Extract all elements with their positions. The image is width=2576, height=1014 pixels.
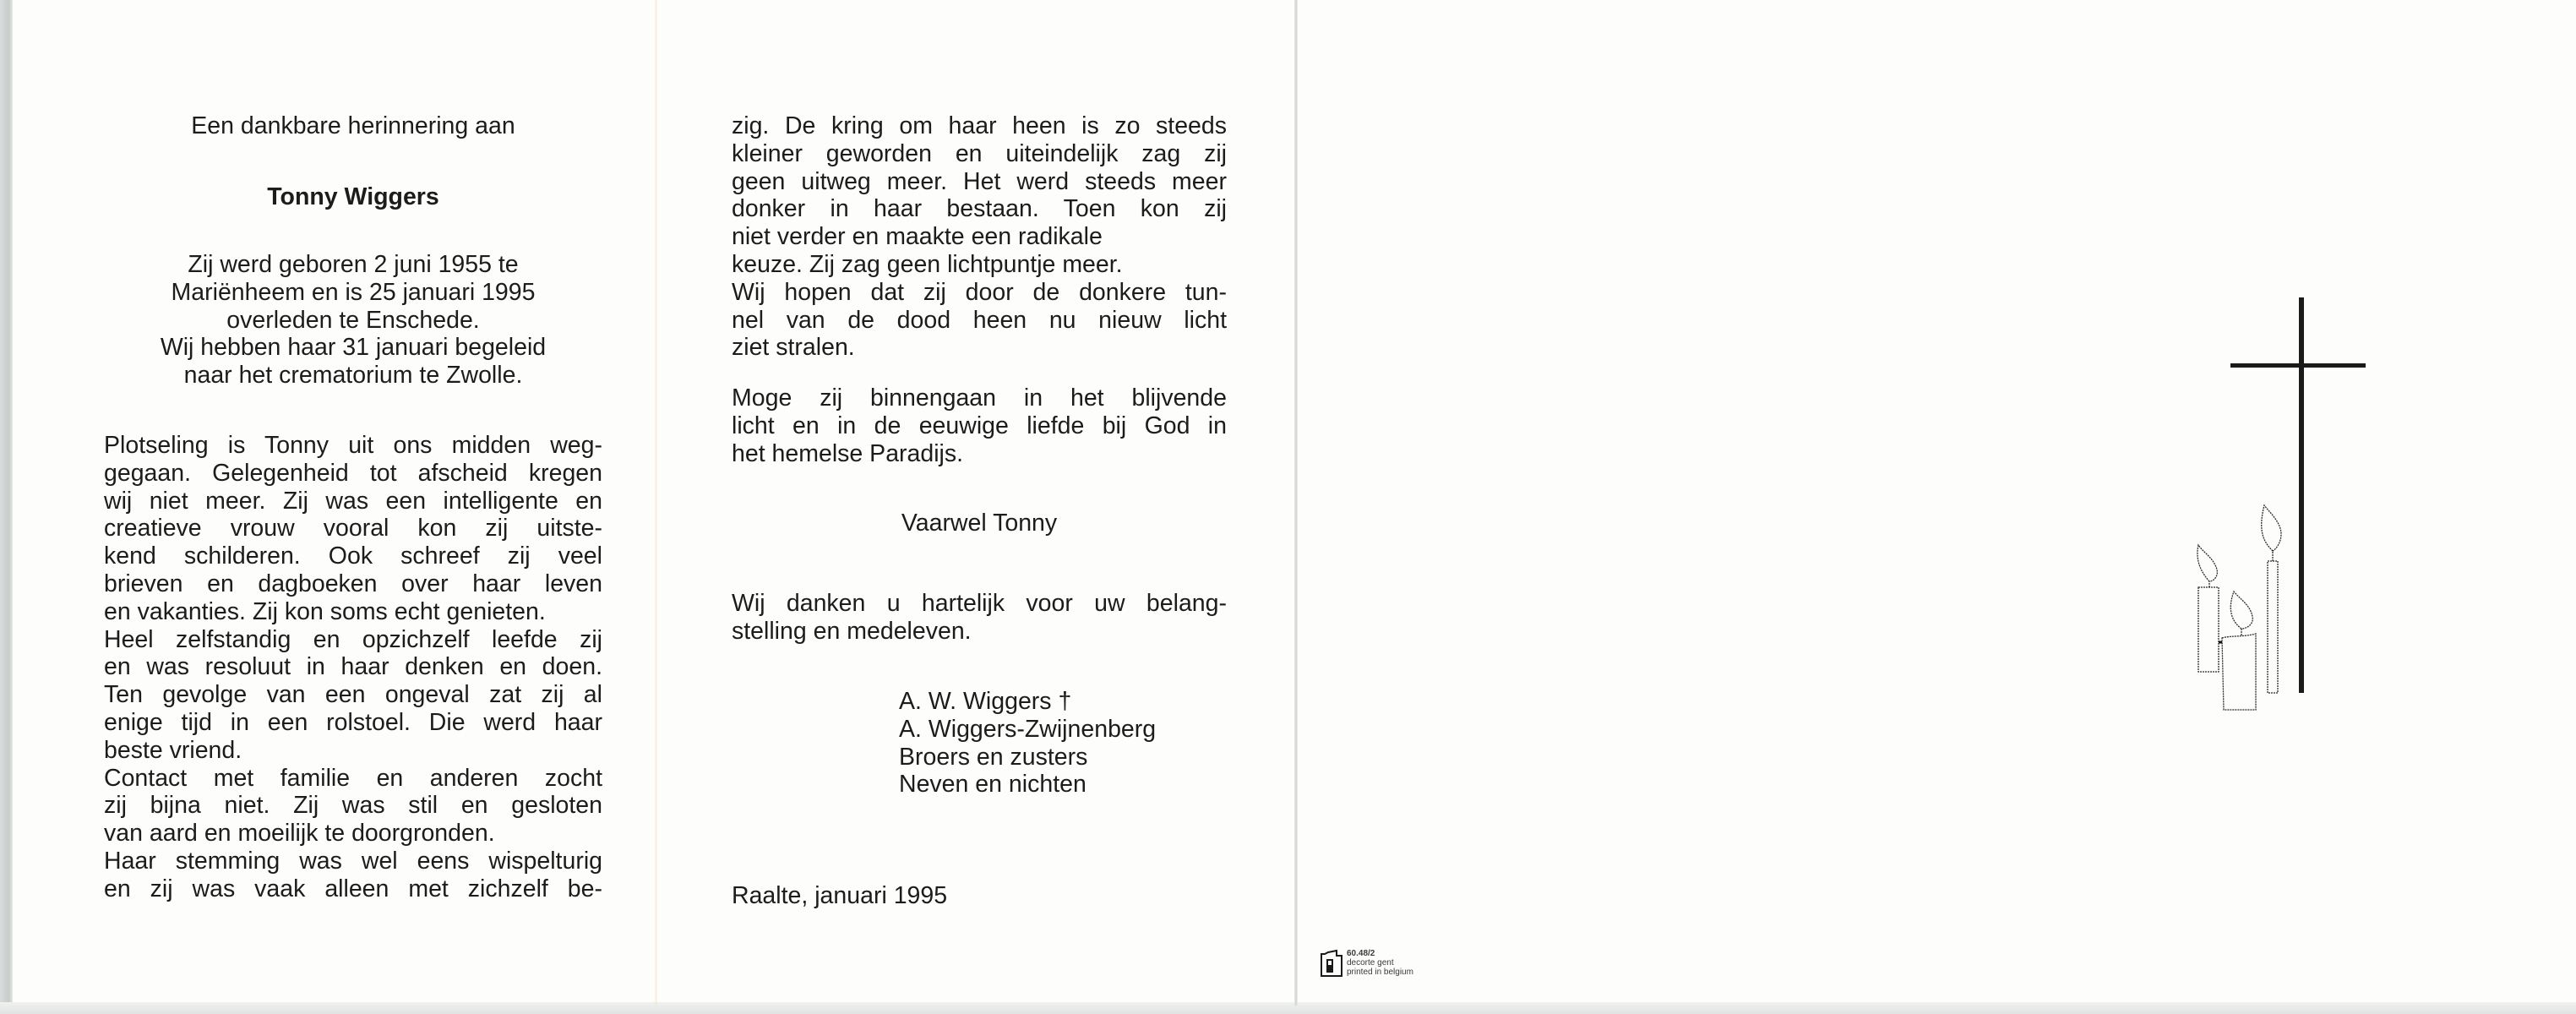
bio-line: Zij werd geboren 2 juni 1955 te bbox=[104, 251, 602, 279]
prayer-text: Moge zij binnengaan in het blijvendelich… bbox=[732, 384, 1227, 467]
fold-line-left bbox=[655, 0, 657, 1006]
text-line: keuze. Zij zag geen lichtpuntje meer. bbox=[732, 251, 1227, 279]
text-line: Contact met familie en anderen zocht bbox=[104, 765, 602, 793]
candle-icon bbox=[2262, 505, 2281, 693]
text-line: Wij hopen dat zij door de donkere tun- bbox=[732, 279, 1227, 307]
text-line: donker in haar bestaan. Toen kon zij bbox=[732, 195, 1227, 223]
printer-mark: 60.48/2 decorte gent printed in belgium bbox=[1320, 949, 1413, 978]
text-line: nel van de dood heen nu nieuw licht bbox=[732, 307, 1227, 335]
cross-and-candles-illustration bbox=[2163, 287, 2383, 777]
text-line: en was resoluut in haar denken en doen. bbox=[104, 653, 602, 681]
bio-line: Mariënheem en is 25 januari 1995 bbox=[104, 279, 602, 307]
card-left-edge bbox=[0, 0, 13, 1014]
booklet-logo-icon bbox=[1320, 949, 1343, 978]
text-line: Heel zelfstandig en opzichzelf leefde zi… bbox=[104, 626, 602, 654]
memorial-heading: Een dankbare herinnering aan bbox=[104, 112, 602, 140]
deceased-name: Tonny Wiggers bbox=[104, 183, 602, 211]
family-member: A. W. Wiggers † bbox=[899, 688, 1156, 716]
place-and-date: Raalte, januari 1995 bbox=[732, 882, 947, 910]
text-line: kleiner geworden en uiteindelijk zag zij bbox=[732, 140, 1227, 168]
biography-summary: Zij werd geboren 2 juni 1955 te Mariënhe… bbox=[104, 251, 602, 390]
text-line: creatieve vrouw vooral kon zij uitste- bbox=[104, 515, 602, 542]
family-member: Broers en zusters bbox=[899, 744, 1156, 771]
text-line: zig. De kring om haar heen is zo steeds bbox=[732, 112, 1227, 140]
farewell-text: Vaarwel Tonny bbox=[732, 510, 1227, 537]
print-code: 60.48/2 bbox=[1347, 949, 1413, 958]
text-line: en vakanties. Zij kon soms echt genieten… bbox=[104, 598, 602, 626]
text-line: van aard en moeilijk te doorgronden. bbox=[104, 820, 602, 848]
print-origin: printed in belgium bbox=[1347, 968, 1413, 977]
life-story-continued: zig. De kring om haar heen is zo steedsk… bbox=[732, 112, 1227, 362]
text-line: geen uitweg meer. Het werd steeds meer bbox=[732, 168, 1227, 196]
cross-icon bbox=[2230, 297, 2366, 693]
text-line: licht en in de eeuwige liefde bij God in bbox=[732, 412, 1227, 440]
text-line: Haar stemming was wel eens wispelturig bbox=[104, 848, 602, 875]
text-line: en zij was vaak alleen met zichzelf be- bbox=[104, 875, 602, 903]
life-story-text: Plotseling is Tonny uit ons midden weg-g… bbox=[104, 432, 602, 903]
text-line: brieven en dagboeken over haar leven bbox=[104, 570, 602, 598]
printer-info: 60.48/2 decorte gent printed in belgium bbox=[1347, 949, 1413, 977]
text-line: het hemelse Paradijs. bbox=[732, 440, 1227, 468]
text-line: enige tijd in een rolstoel. Die werd haa… bbox=[104, 709, 602, 737]
family-member: A. Wiggers-Zwijnenberg bbox=[899, 716, 1156, 744]
bio-line: Wij hebben haar 31 januari begeleid bbox=[104, 334, 602, 362]
thanks-text: Wij danken u hartelijk voor uw belang-st… bbox=[732, 590, 1227, 646]
fold-line-center bbox=[1294, 0, 1298, 1006]
text-line: Wij danken u hartelijk voor uw belang- bbox=[732, 590, 1227, 618]
text-line: Ten gevolge van een ongeval zat zij al bbox=[104, 681, 602, 709]
text-line: stelling en medeleven. bbox=[732, 618, 1227, 646]
text-line: kend schilderen. Ook schreef zij veel bbox=[104, 542, 602, 570]
family-member: Neven en nichten bbox=[899, 771, 1156, 799]
family-signatures: A. W. Wiggers † A. Wiggers-Zwijnenberg B… bbox=[899, 688, 1156, 799]
candle-icon bbox=[2197, 545, 2219, 672]
text-line: niet verder en maakte een radikale bbox=[732, 223, 1227, 251]
bio-line: overleden te Enschede. bbox=[104, 307, 602, 335]
text-line: wij niet meer. Zij was een intelligente … bbox=[104, 488, 602, 515]
card-bottom-edge bbox=[0, 1002, 2576, 1014]
text-line: beste vriend. bbox=[104, 737, 602, 765]
bio-line: naar het crematorium te Zwolle. bbox=[104, 362, 602, 390]
text-line: gegaan. Gelegenheid tot afscheid kregen bbox=[104, 460, 602, 488]
text-line: zij bijna niet. Zij was stil en gesloten bbox=[104, 792, 602, 820]
printer-name: decorte gent bbox=[1347, 958, 1413, 968]
candle-icon bbox=[2219, 591, 2256, 710]
text-line: ziet stralen. bbox=[732, 334, 1227, 362]
text-line: Plotseling is Tonny uit ons midden weg- bbox=[104, 432, 602, 460]
text-line: Moge zij binnengaan in het blijvende bbox=[732, 384, 1227, 412]
